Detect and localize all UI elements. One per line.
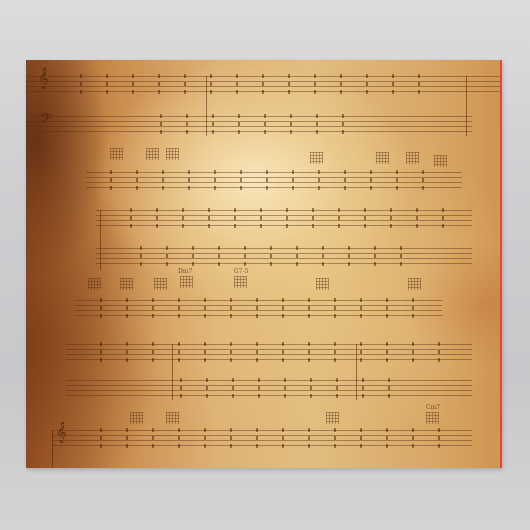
barline: [52, 430, 53, 468]
barline: [466, 76, 467, 136]
chord-diagram: [316, 278, 329, 290]
chord-diagram: [180, 276, 193, 288]
chord-diagram: [406, 152, 419, 164]
barline: [206, 76, 207, 136]
chord-diagram: [130, 412, 143, 424]
music-notes: [86, 342, 442, 364]
chord-diagram: [376, 152, 389, 164]
chord-diagram: [426, 412, 439, 424]
chord-diagram: [234, 276, 247, 288]
chord-diagram: [166, 148, 179, 160]
music-notes: [126, 246, 422, 268]
music-notes: [86, 298, 432, 320]
chord-diagram: [434, 155, 447, 167]
sheet-music-poster: 𝄞 𝄢 Dm7 G7-5 Cm7 𝄞: [26, 60, 502, 468]
chord-label: Dm7: [178, 268, 192, 275]
chord-diagram: [166, 412, 179, 424]
barline: [172, 344, 173, 400]
barline: [356, 344, 357, 400]
music-notes: [166, 378, 412, 400]
chord-diagram: [326, 412, 339, 424]
chord-diagram: [154, 278, 167, 290]
chord-diagram: [408, 278, 421, 290]
chord-diagram: [146, 148, 159, 160]
chord-label: Cm7: [426, 404, 440, 411]
music-notes: [86, 428, 442, 450]
chord-diagram: [310, 152, 323, 164]
music-notes: [96, 170, 442, 192]
music-notes: [116, 208, 452, 230]
music-notes: [146, 114, 362, 136]
chord-label: G7-5: [234, 268, 248, 275]
chord-diagram: [110, 148, 123, 160]
chord-diagram: [120, 278, 133, 290]
chord-diagram: [88, 278, 101, 290]
barline: [100, 210, 101, 270]
music-notes: [66, 74, 442, 96]
